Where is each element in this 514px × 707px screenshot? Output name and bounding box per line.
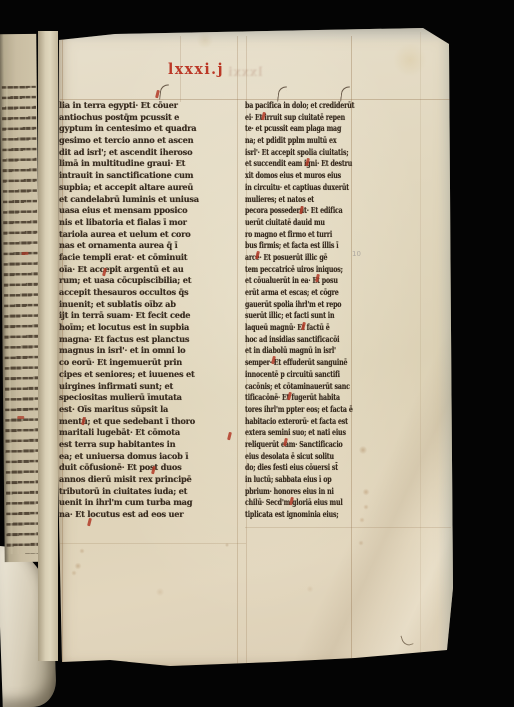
manuscript-text-line: suerūt illic; et facti sunt in bbox=[245, 311, 349, 323]
manuscript-text-line: limā in multitudine graui· Et bbox=[59, 159, 239, 171]
manuscript-text-line: arcē· Et posuerūt illic gē bbox=[245, 253, 349, 265]
manuscript-text-line: mentū; et que sedebant ī thoro bbox=[59, 417, 239, 429]
ruling-line bbox=[245, 527, 451, 528]
manuscript-text-line: na· Et locutus est ad eos uer bbox=[59, 510, 239, 522]
previous-page-edge bbox=[0, 34, 42, 562]
manuscript-text-line: est terra sup habitantes in bbox=[59, 440, 239, 452]
page-crease bbox=[420, 32, 421, 662]
manuscript-text-line: do; dies festi eius cōuersi st̄ bbox=[245, 463, 349, 475]
manuscript-text-line: uerūt ciuitatē dauid mu bbox=[245, 218, 349, 230]
manuscript-text-line: te· et pcussit eam plaga mag bbox=[245, 124, 349, 136]
manuscript-page: lxxxi.j lxxxi lia in terra egypti· Et cō… bbox=[55, 28, 455, 673]
manuscript-text-line: intrauit in sanctificatione cum bbox=[59, 171, 239, 183]
manuscript-text-line: co eorū· Et ingemuerūt prin bbox=[59, 358, 239, 370]
manuscript-text-line: semper· Et effuderūt sanguinē bbox=[245, 358, 349, 370]
ruling-line bbox=[351, 36, 352, 664]
manuscript-text-line: duit cōfusionē· Et post duos bbox=[59, 463, 239, 475]
manuscript-text-line: et candelabrū luminis et uniusa bbox=[59, 195, 239, 207]
manuscript-text-line: antiochus postq̄m pcussit e bbox=[59, 113, 239, 125]
manuscript-text-line: annos dierū misit rex principē bbox=[59, 475, 239, 487]
text-column-right: ba pacifica in dolo; et crediderūtei· Et… bbox=[245, 101, 349, 522]
ruling-line bbox=[60, 543, 246, 544]
manuscript-text-line: tariola aurea et uelum et coro bbox=[59, 230, 239, 242]
manuscript-text-line: laqueū magnū· Et factū ē bbox=[245, 323, 349, 335]
manuscript-text-line: mulieres; et natos et bbox=[245, 195, 349, 207]
manuscript-text-line: pecora possederūt· Et edifica bbox=[245, 206, 349, 218]
manuscript-text-line: nas et ornamenta aurea q̄ ī bbox=[59, 241, 239, 253]
manuscript-text-line: ba pacifica in dolo; et crediderūt bbox=[245, 101, 349, 113]
manuscript-text-line: pbrium· honores eius in ni bbox=[245, 487, 349, 499]
manuscript-text-line: in circuitu· et captiuas duxerūt bbox=[245, 183, 349, 195]
manuscript-text-line: oīa· Et accepit argentū et au bbox=[59, 265, 239, 277]
manuscript-text-line: hoīm; et locutus est in supbia bbox=[59, 323, 239, 335]
manuscript-text-line: gauerūt spolia ihrl'm et repo bbox=[245, 300, 349, 312]
manuscript-text-line: cipes et seniores; et iuuenes et bbox=[59, 370, 239, 382]
manuscript-text-line: in luctū; sabbata eius ī op bbox=[245, 475, 349, 487]
manuscript-text-line: innocentē p circuitū sanctifi bbox=[245, 370, 349, 382]
manuscript-text-line: bus firmis; et facta est illis ī bbox=[245, 241, 349, 253]
manuscript-text-line: isrl'· Et accepit spolia ciuitatis; bbox=[245, 148, 349, 160]
manuscript-text-line: uenit in ihrl'm cum turba mag bbox=[59, 498, 239, 510]
manuscript-text-line: gesimo et tercio anno et ascen bbox=[59, 136, 239, 148]
previous-page-text-lines bbox=[2, 86, 41, 554]
manuscript-text-line: facie templi erat· et cōminuit bbox=[59, 253, 239, 265]
ink-scribble bbox=[400, 633, 413, 648]
manuscript-text-line: et succendit eam igni· Et destru bbox=[245, 159, 349, 171]
running-title-ink-offset: lxxxi bbox=[227, 65, 263, 79]
previous-page-rubric-mark bbox=[22, 252, 29, 255]
manuscript-text-line: extera semini suo; et nati eius bbox=[245, 428, 349, 440]
margin-annotation: 10 bbox=[352, 250, 361, 258]
manuscript-text-line: rum; et uasa cōcupiscibilia; et bbox=[59, 276, 239, 288]
manuscript-text-line: gyptum in centesimo et quadra bbox=[59, 124, 239, 136]
manuscript-text-line: ro magno et firmo et turri bbox=[245, 230, 349, 242]
manuscript-text-line: chilū· Secd'm gloriā eius mul bbox=[245, 498, 349, 510]
ruling-line bbox=[60, 99, 450, 100]
manuscript-text-line: ijt in terrā suam· Et fecit cede bbox=[59, 311, 239, 323]
manuscript-text-line: uirgines infirmati sunt; et bbox=[59, 382, 239, 394]
manuscript-text-line: tributorū in ciuitates iuda; et bbox=[59, 487, 239, 499]
manuscript-text-line: cacōnis; et cōtaminauerūt sanc bbox=[245, 382, 349, 394]
text-column-left: lia in terra egypti· Et cōuerantiochus p… bbox=[59, 101, 239, 522]
manuscript-text-line: maritali lugebāt· Et cōmota bbox=[59, 428, 239, 440]
manuscript-text-line: tificacōnē· Et fugerūt habita bbox=[245, 393, 349, 405]
manuscript-text-line: uasa eius et mensam pposico bbox=[59, 206, 239, 218]
manuscript-text-line: magnus in isrl'· et in omni lo bbox=[59, 346, 239, 358]
previous-page-rubric-mark bbox=[17, 416, 24, 419]
manuscript-text-line: et in diabolū magnū in isrl' bbox=[245, 346, 349, 358]
manuscript-text-line: est· Oīs maritus sūpsit la bbox=[59, 405, 239, 417]
manuscript-text-line: et cōualuerūt in ea· Et posu bbox=[245, 276, 349, 288]
manuscript-text-line: lia in terra egypti· Et cōuer bbox=[59, 101, 239, 113]
manuscript-text-line: reliquerūt eam· Sanctificacio bbox=[245, 440, 349, 452]
manuscript-text-line: tiplicata est ignominia eius; bbox=[245, 510, 349, 522]
book-gutter-fold bbox=[38, 31, 58, 661]
manuscript-text-line: hoc ad insidias sanctificacōi bbox=[245, 335, 349, 347]
manuscript-text-line: xit domos eius et muros eius bbox=[245, 171, 349, 183]
manuscript-text-line: ea; et uniuersa domus iacob ī bbox=[59, 452, 239, 464]
manuscript-text-line: erūt arma et escas; et cōgre bbox=[245, 288, 349, 300]
manuscript-text-line: nis et libatoria et fialas ī mor bbox=[59, 218, 239, 230]
manuscript-text-line: dit ad isrl'; et ascendit iheroso bbox=[59, 148, 239, 160]
manuscript-photo: lxxxi.j lxxxi lia in terra egypti· Et cō… bbox=[0, 0, 514, 707]
manuscript-text-line: na; et pdidit pplm multū ex bbox=[245, 136, 349, 148]
manuscript-text-line: eius desolata ē sicut solitu bbox=[245, 452, 349, 464]
manuscript-text-line: habitacio exterorū· et facta est bbox=[245, 417, 349, 429]
manuscript-text-line: ei· Et irruit sup ciuitatē repen bbox=[245, 113, 349, 125]
manuscript-text-line: supbia; et accepit altare aureū bbox=[59, 183, 239, 195]
manuscript-text-line: tores ihrl'm ppter eos; et facta ē bbox=[245, 405, 349, 417]
manuscript-text-line: accepit thesauros occultos q̄s bbox=[59, 288, 239, 300]
running-title: lxxxi.j bbox=[168, 62, 224, 79]
manuscript-text-line: speciositas mulierū īmutata bbox=[59, 393, 239, 405]
manuscript-text-line: tem peccatricē uiros iniquos; bbox=[245, 265, 349, 277]
manuscript-text-line: magna· Et factus est planctus bbox=[59, 335, 239, 347]
manuscript-text-line: inuenit; et sublatis oībz ab bbox=[59, 300, 239, 312]
